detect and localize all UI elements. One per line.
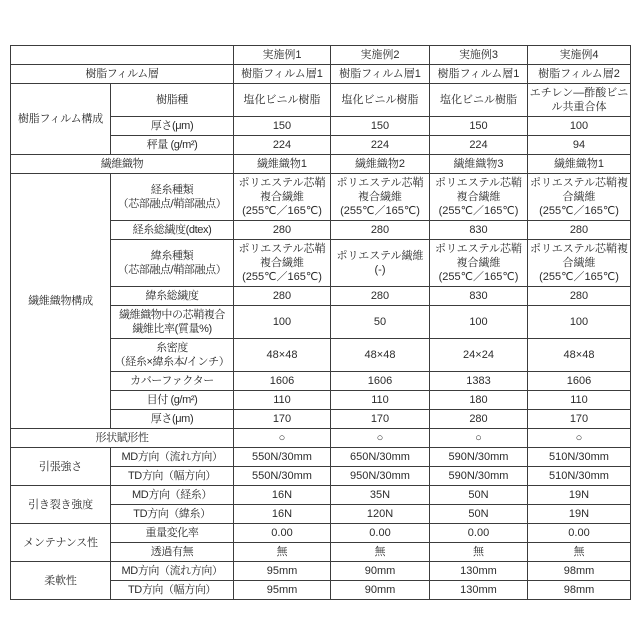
row-label-weft-type: 緯糸種類 （芯部融点/鞘部融点） xyxy=(111,240,234,287)
value-cell: 150 xyxy=(331,117,430,136)
group-label-tensile-strength: 引張強さ xyxy=(11,448,111,486)
group-label-tear-strength: 引き裂き強度 xyxy=(11,486,111,524)
value-cell: 繊維織物1 xyxy=(234,155,331,174)
value-cell: 繊維織物3 xyxy=(430,155,528,174)
value-cell: 98mm xyxy=(528,562,631,581)
row-label-cover-factor: カバーファクター xyxy=(111,372,234,391)
value-cell: ○ xyxy=(528,429,631,448)
value-cell: ポリエステル芯鞘複合繊維 (255℃／165℃) xyxy=(528,240,631,287)
value-cell: 塩化ビニル樹脂 xyxy=(331,84,430,117)
value-cell: 35N xyxy=(331,486,430,505)
value-cell: 48×48 xyxy=(234,339,331,372)
table-row: メンテナンス性 重量変化率 0.00 0.00 0.00 0.00 xyxy=(11,524,631,543)
table-row-header: 実施例1 実施例2 実施例3 実施例4 xyxy=(11,46,631,65)
value-cell: 1606 xyxy=(528,372,631,391)
table-row: 引張強さ MD方向（流れ方向） 550N/30mm 650N/30mm 590N… xyxy=(11,448,631,467)
value-cell: 280 xyxy=(234,287,331,306)
table-row: 繊維織物構成 経糸種類 （芯部融点/鞘部融点） ポリエステル芯鞘複合繊維 (25… xyxy=(11,174,631,221)
row-label-tear-md: MD方向（経糸） xyxy=(111,486,234,505)
value-cell: 19N xyxy=(528,505,631,524)
table-row: 樹脂フィルム構成 樹脂種 塩化ビニル樹脂 塩化ビニル樹脂 塩化ビニル樹脂 エチレ… xyxy=(11,84,631,117)
value-cell: 24×24 xyxy=(430,339,528,372)
value-cell: エチレン―酢酸ビニル共重合体 xyxy=(528,84,631,117)
value-cell: 100 xyxy=(528,117,631,136)
value-cell: 48×48 xyxy=(528,339,631,372)
value-cell: 48×48 xyxy=(331,339,430,372)
value-cell: 110 xyxy=(528,391,631,410)
value-cell: 90mm xyxy=(331,581,430,600)
value-cell: 塩化ビニル樹脂 xyxy=(234,84,331,117)
value-cell: 150 xyxy=(430,117,528,136)
table-row: 樹脂フィルム層 樹脂フィルム層1 樹脂フィルム層1 樹脂フィルム層1 樹脂フィル… xyxy=(11,65,631,84)
value-cell: ポリエステル芯鞘複合繊維 (255℃／165℃) xyxy=(528,174,631,221)
value-cell: ポリエステル芯鞘複合繊維 (255℃／165℃) xyxy=(331,174,430,221)
header-example-4: 実施例4 xyxy=(528,46,631,65)
value-cell: 224 xyxy=(234,136,331,155)
row-label-flex-td: TD方向（幅方向） xyxy=(111,581,234,600)
row-label-permeation: 透過有無 xyxy=(111,543,234,562)
value-cell: 94 xyxy=(528,136,631,155)
header-example-2: 実施例2 xyxy=(331,46,430,65)
value-cell: ○ xyxy=(234,429,331,448)
table-row: 柔軟性 MD方向（流れ方向） 95mm 90mm 130mm 98mm xyxy=(11,562,631,581)
value-cell: 170 xyxy=(234,410,331,429)
group-label-fiber-fabric-composition: 繊維織物構成 xyxy=(11,174,111,429)
row-label-tensile-md: MD方向（流れ方向） xyxy=(111,448,234,467)
value-cell: 100 xyxy=(528,306,631,339)
value-cell: 16N xyxy=(234,505,331,524)
value-cell: 170 xyxy=(331,410,430,429)
value-cell: ポリエステル芯鞘複合繊維 (255℃／165℃) xyxy=(430,240,528,287)
value-cell: 130mm xyxy=(430,562,528,581)
value-cell: ポリエステル芯鞘複合繊維 (255℃／165℃) xyxy=(234,240,331,287)
value-cell: 180 xyxy=(430,391,528,410)
value-cell: 無 xyxy=(528,543,631,562)
value-cell: 650N/30mm xyxy=(331,448,430,467)
row-label-weight-change: 重量変化率 xyxy=(111,524,234,543)
row-label-core-sheath-ratio: 繊維織物中の芯鞘複合 繊維比率(質量%) xyxy=(111,306,234,339)
value-cell: ポリエステル芯鞘複合繊維 (255℃／165℃) xyxy=(430,174,528,221)
value-cell: 590N/30mm xyxy=(430,467,528,486)
row-label-shape-formability: 形状賦形性 xyxy=(11,429,234,448)
value-cell: 950N/30mm xyxy=(331,467,430,486)
value-cell: 550N/30mm xyxy=(234,448,331,467)
row-label-film-weight: 秤量 (g/m²) xyxy=(111,136,234,155)
value-cell: 0.00 xyxy=(430,524,528,543)
row-label-yarn-density: 糸密度 （経糸×緯糸本/インチ） xyxy=(111,339,234,372)
table-row: 引き裂き強度 MD方向（経糸） 16N 35N 50N 19N xyxy=(11,486,631,505)
value-cell: 繊維織物2 xyxy=(331,155,430,174)
row-label-warp-fineness: 経糸総繊度(dtex) xyxy=(111,221,234,240)
value-cell: 無 xyxy=(331,543,430,562)
value-cell: 95mm xyxy=(234,581,331,600)
value-cell: 100 xyxy=(234,306,331,339)
value-cell: 280 xyxy=(331,287,430,306)
value-cell: 110 xyxy=(331,391,430,410)
header-example-1: 実施例1 xyxy=(234,46,331,65)
value-cell: 224 xyxy=(331,136,430,155)
value-cell: 150 xyxy=(234,117,331,136)
value-cell: 無 xyxy=(430,543,528,562)
value-cell: 280 xyxy=(331,221,430,240)
value-cell: 130mm xyxy=(430,581,528,600)
value-cell: 170 xyxy=(528,410,631,429)
value-cell: 590N/30mm xyxy=(430,448,528,467)
value-cell: 280 xyxy=(234,221,331,240)
value-cell: 550N/30mm xyxy=(234,467,331,486)
value-cell: 280 xyxy=(528,221,631,240)
row-label-resin-film-layer: 樹脂フィルム層 xyxy=(11,65,234,84)
value-cell: 0.00 xyxy=(331,524,430,543)
value-cell: 50 xyxy=(331,306,430,339)
value-cell: 510N/30mm xyxy=(528,448,631,467)
row-label-tensile-td: TD方向（幅方向） xyxy=(111,467,234,486)
value-cell: 50N xyxy=(430,486,528,505)
value-cell: 0.00 xyxy=(234,524,331,543)
row-label-warp-type: 経糸種類 （芯部融点/鞘部融点） xyxy=(111,174,234,221)
table-row: 繊維織物 繊維織物1 繊維織物2 繊維織物3 繊維織物1 xyxy=(11,155,631,174)
value-cell: 90mm xyxy=(331,562,430,581)
value-cell: 110 xyxy=(234,391,331,410)
value-cell: 樹脂フィルム層1 xyxy=(430,65,528,84)
table-row: 形状賦形性 ○ ○ ○ ○ xyxy=(11,429,631,448)
document-sheet: 実施例1 実施例2 実施例3 実施例4 樹脂フィルム層 樹脂フィルム層1 樹脂フ… xyxy=(10,45,631,600)
value-cell: 1606 xyxy=(234,372,331,391)
value-cell: 224 xyxy=(430,136,528,155)
value-cell: 無 xyxy=(234,543,331,562)
value-cell: 0.00 xyxy=(528,524,631,543)
value-cell: 16N xyxy=(234,486,331,505)
value-cell: 樹脂フィルム層2 xyxy=(528,65,631,84)
value-cell: 1383 xyxy=(430,372,528,391)
value-cell: 510N/30mm xyxy=(528,467,631,486)
value-cell: ○ xyxy=(430,429,528,448)
header-example-3: 実施例3 xyxy=(430,46,528,65)
row-label-fabric-weight: 目付 (g/m²) xyxy=(111,391,234,410)
row-label-flex-md: MD方向（流れ方向） xyxy=(111,562,234,581)
corner-cell xyxy=(11,46,234,65)
group-label-flexibility: 柔軟性 xyxy=(11,562,111,600)
value-cell: 50N xyxy=(430,505,528,524)
value-cell: 19N xyxy=(528,486,631,505)
row-label-fiber-fabric: 繊維織物 xyxy=(11,155,234,174)
value-cell: 98mm xyxy=(528,581,631,600)
spec-table: 実施例1 実施例2 実施例3 実施例4 樹脂フィルム層 樹脂フィルム層1 樹脂フ… xyxy=(10,45,631,600)
value-cell: 120N xyxy=(331,505,430,524)
value-cell: 樹脂フィルム層1 xyxy=(331,65,430,84)
value-cell: 100 xyxy=(430,306,528,339)
value-cell: 280 xyxy=(430,410,528,429)
row-label-fabric-thickness: 厚さ(μm) xyxy=(111,410,234,429)
group-label-maintenance: メンテナンス性 xyxy=(11,524,111,562)
group-label-resin-film-composition: 樹脂フィルム構成 xyxy=(11,84,111,155)
value-cell: 280 xyxy=(528,287,631,306)
row-label-tear-td: TD方向（緯糸） xyxy=(111,505,234,524)
value-cell: 繊維織物1 xyxy=(528,155,631,174)
row-label-resin-type: 樹脂種 xyxy=(111,84,234,117)
value-cell: 830 xyxy=(430,221,528,240)
value-cell: 830 xyxy=(430,287,528,306)
row-label-weft-fineness: 緯糸総繊度 xyxy=(111,287,234,306)
value-cell: ○ xyxy=(331,429,430,448)
row-label-film-thickness: 厚さ(μm) xyxy=(111,117,234,136)
value-cell: ポリエステル芯鞘複合繊維 (255℃／165℃) xyxy=(234,174,331,221)
value-cell: 95mm xyxy=(234,562,331,581)
value-cell: ポリエステル繊維 (-) xyxy=(331,240,430,287)
value-cell: 塩化ビニル樹脂 xyxy=(430,84,528,117)
value-cell: 樹脂フィルム層1 xyxy=(234,65,331,84)
value-cell: 1606 xyxy=(331,372,430,391)
